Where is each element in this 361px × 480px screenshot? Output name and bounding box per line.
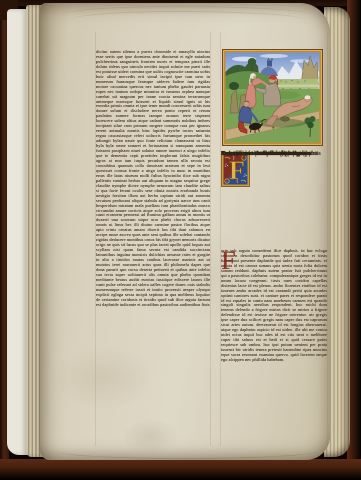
ruling-line <box>210 32 211 446</box>
verse-line: Aspicio ille ubi me contra uidet ocius i… <box>221 151 312 161</box>
left-column-gloss: dicitur autem silenus a pueris chromide … <box>96 50 210 357</box>
manuscript-photo: dicitur autem silenus a pueris chromide … <box>0 0 361 480</box>
ruling-line <box>220 32 221 446</box>
ruling-line <box>327 32 328 446</box>
miniature-painting <box>222 49 323 146</box>
book-cover-bottom-edge <box>0 459 361 480</box>
right-column-gloss-text: orte sub arguta consederat ilice daphnis… <box>221 249 327 363</box>
right-column-gloss: Forte sub arguta consederat ilice daphni… <box>221 249 327 377</box>
left-page-sliver <box>7 9 28 455</box>
